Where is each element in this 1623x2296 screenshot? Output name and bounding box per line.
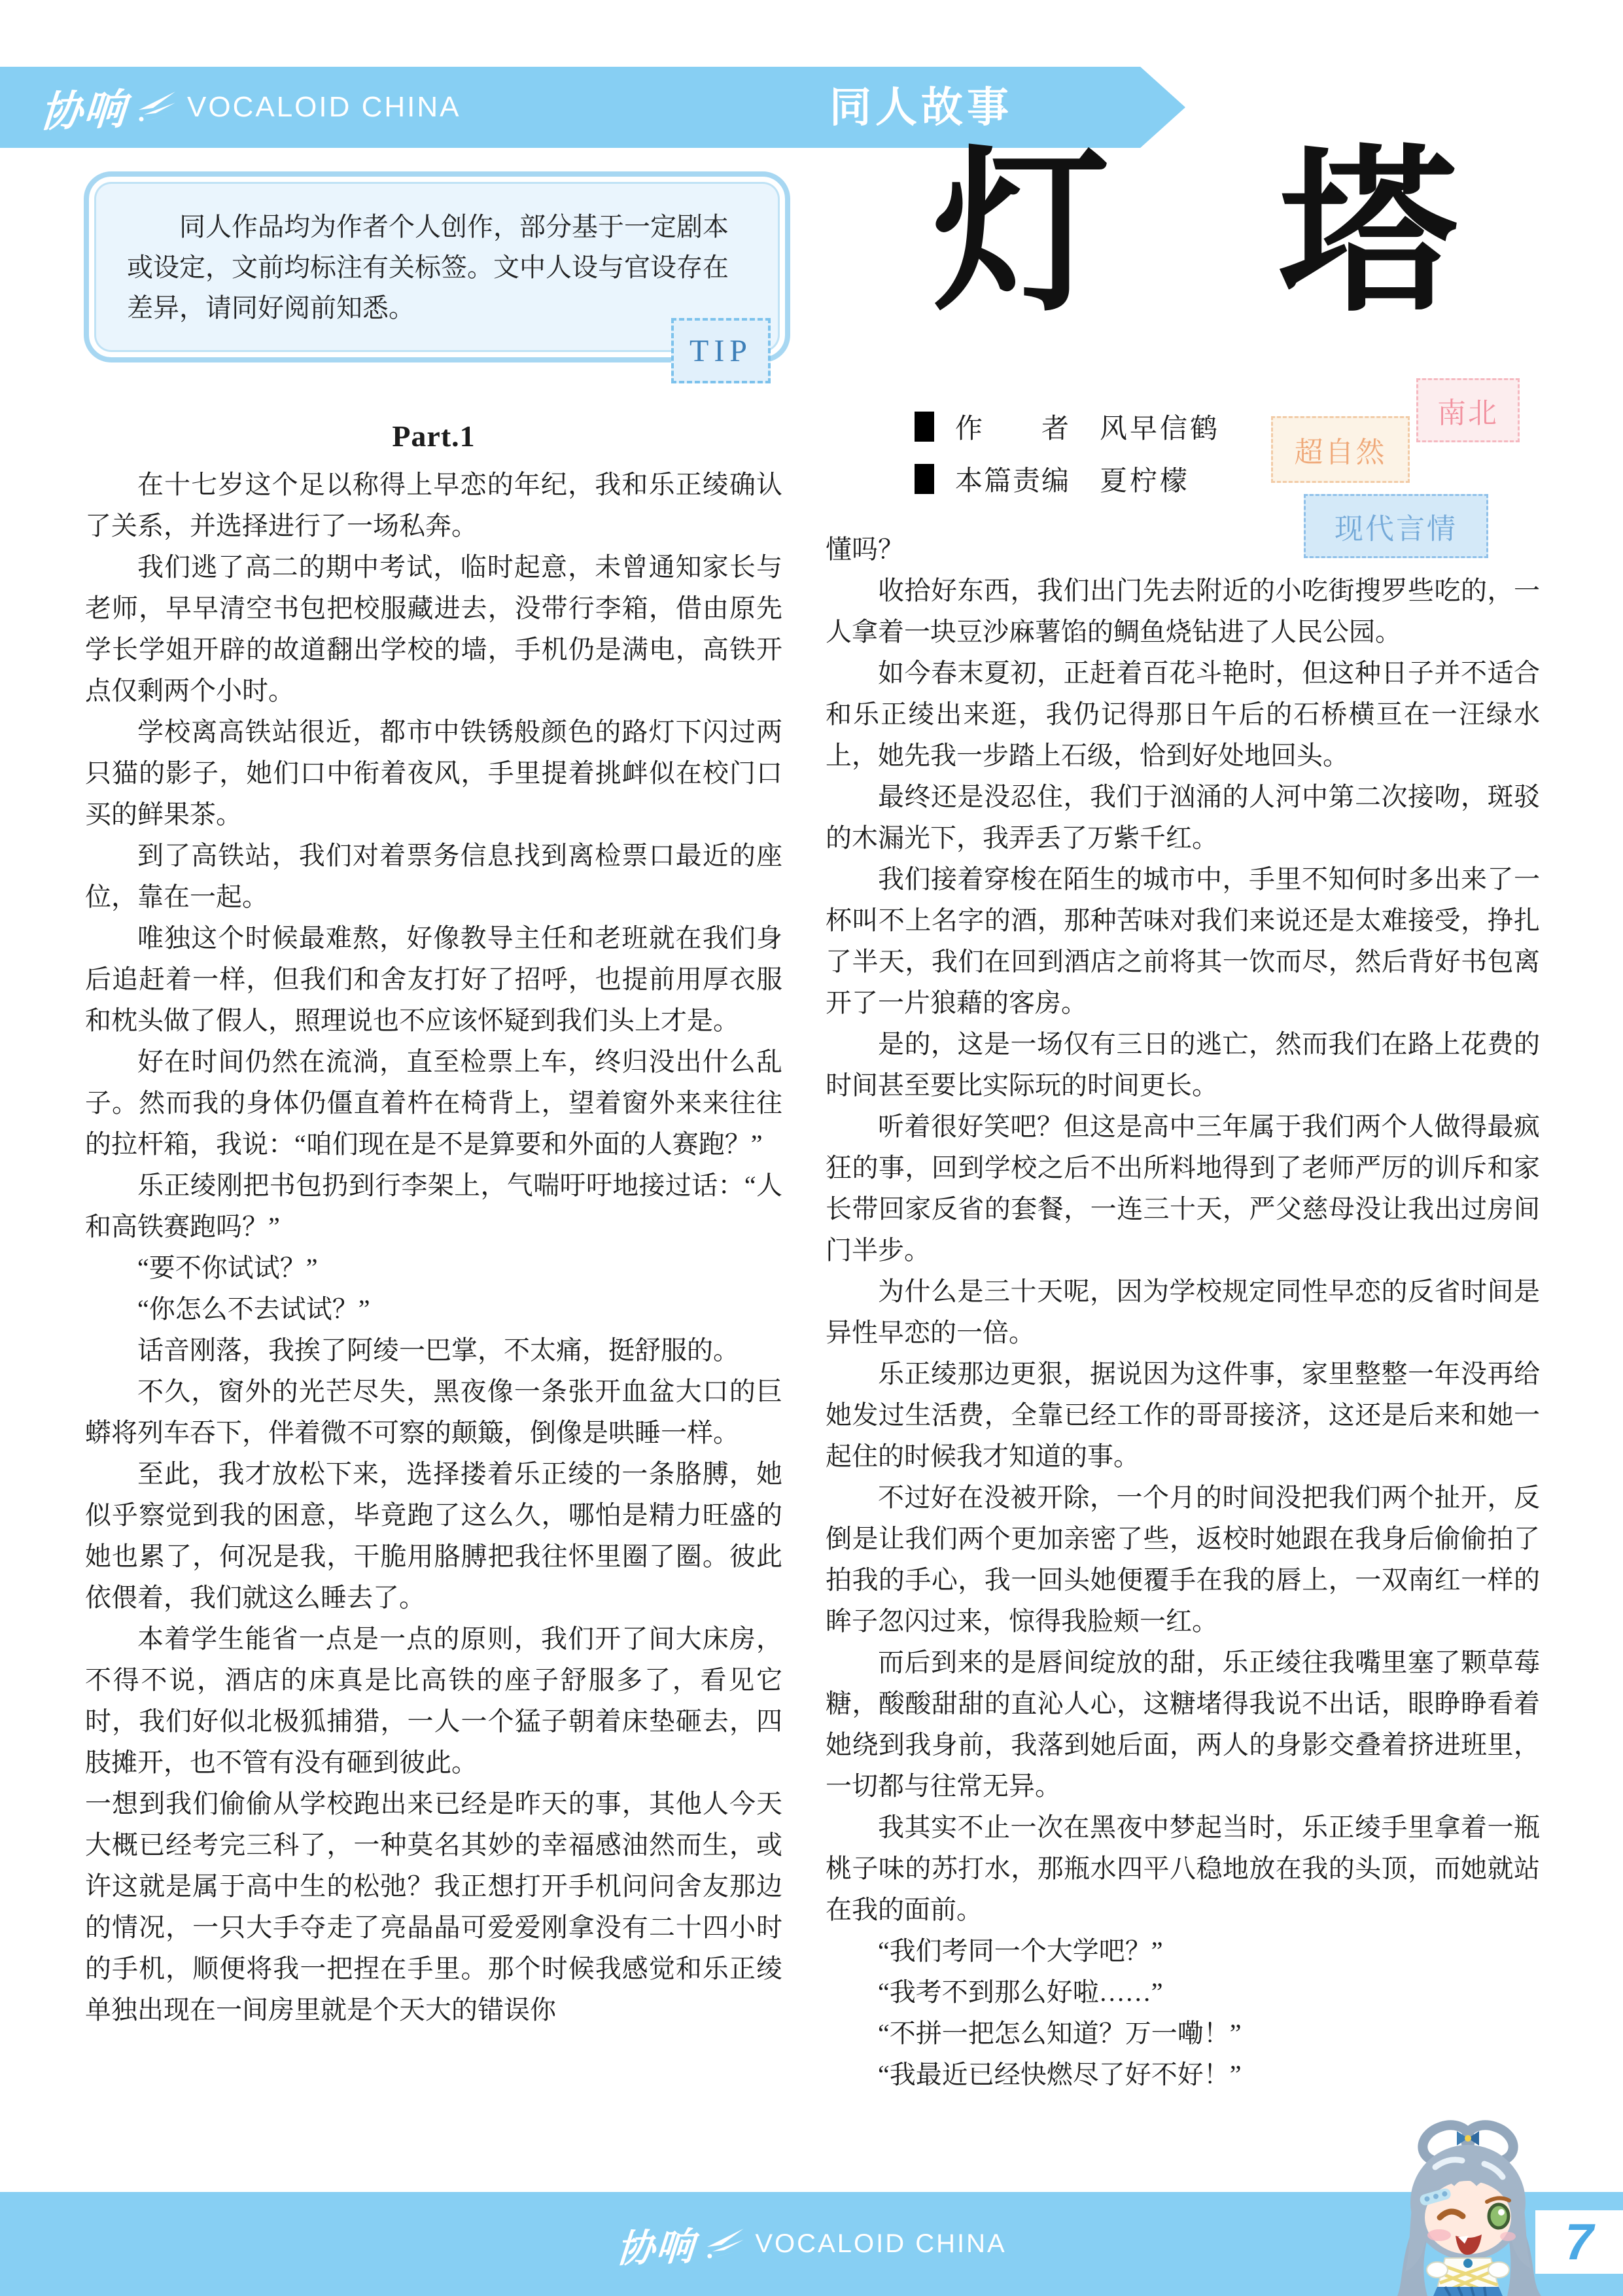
brand-logo-zh: 协响 bbox=[614, 2215, 697, 2272]
story-paragraph: “不拼一把怎么知道？万一嘞！” bbox=[826, 2013, 1540, 2054]
story-paragraph: “你怎么不去试试？” bbox=[85, 1288, 782, 1330]
story-paragraph: 在十七岁这个足以称得上早恋的年纪，我和乐正绫确认了关系，并选择进行了一场私奔。 bbox=[85, 464, 782, 546]
brand-logo-en: VOCALOID CHINA bbox=[755, 2229, 1006, 2259]
story-paragraph: 听着很好笑吧？但这是高中三年属于我们两个人做得最疯狂的事，回到学校之后不出所料地… bbox=[826, 1106, 1540, 1271]
story-paragraph: 乐正绫刚把书包扔到行李架上，气喘吁吁地接过话：“人和高铁赛跑吗？” bbox=[85, 1165, 782, 1247]
story-column-left: Part.1 在十七岁这个足以称得上早恋的年纪，我和乐正绫确认了关系，并选择进行… bbox=[85, 419, 782, 2030]
page-number: 7 bbox=[1565, 2212, 1593, 2272]
story-paragraph: 为什么是三十天呢，因为学校规定同性早恋的反省时间是异性早恋的一倍。 bbox=[826, 1271, 1540, 1353]
magazine-page: 协响 VOCALOID CHINA 同人故事 同人作品均为作者个人创作，部分基于… bbox=[0, 0, 1623, 2296]
story-paragraph: “我们考同一个大学吧？” bbox=[826, 1930, 1540, 1971]
part-heading: Part.1 bbox=[85, 419, 782, 453]
credit-role: 作 者 bbox=[955, 407, 1070, 446]
story-paragraph: 不过好在没被开除，一个月的时间没把我们两个扯开，反倒是让我们两个更加亲密了些，返… bbox=[826, 1477, 1540, 1642]
story-paragraph: “我最近已经快燃尽了好不好！” bbox=[826, 2054, 1540, 2095]
tag-badge: 超自然 bbox=[1271, 416, 1410, 483]
story-paragraph: 乐正绫那边更狠，据说因为这件事，家里整整一年没再给她发过生活费，全靠已经工作的哥… bbox=[826, 1353, 1540, 1477]
wing-icon bbox=[136, 90, 178, 124]
credit-role: 本篇责编 bbox=[955, 459, 1070, 499]
right-paragraphs: 懂吗？收拾好东西，我们出门先去附近的小吃街搜罗些吃的，一人拿着一块豆沙麻薯馅的鲷… bbox=[826, 529, 1540, 2095]
story-paragraph: 我们逃了高二的期中考试，临时起意，未曾通知家长与老师，早早清空书包把校服藏进去，… bbox=[85, 546, 782, 711]
credit-name: 夏柠檬 bbox=[1100, 459, 1190, 499]
tip-label: TIP bbox=[671, 318, 771, 383]
story-paragraph: 懂吗？ bbox=[826, 529, 1540, 570]
tip-box: 同人作品均为作者个人创作，部分基于一定剧本或设定，文前均标注有关标签。文中人设与… bbox=[84, 171, 790, 362]
story-paragraph: 本着学生能省一点是一点的原则，我们开了间大床房，不得不说，酒店的床真是比高铁的座… bbox=[85, 1618, 782, 1783]
story-paragraph: 好在时间仍然在流淌，直至检票上车，终归没出什么乱子。然而我的身体仍僵直着杵在椅背… bbox=[85, 1041, 782, 1165]
wing-icon bbox=[704, 2227, 746, 2261]
story-paragraph: 不久，窗外的光芒尽失，黑夜像一条张开血盆大口的巨蟒将列车吞下，伴着微不可察的颠簸… bbox=[85, 1371, 782, 1453]
credit-row: 作 者风早信鹤 bbox=[915, 407, 1220, 446]
story-paragraph: “要不你试试？” bbox=[85, 1247, 782, 1288]
story-paragraph: 到了高铁站，我们对着票务信息找到离检票口最近的座位，靠在一起。 bbox=[85, 835, 782, 917]
square-bullet-icon bbox=[915, 412, 934, 442]
brand-logo-en: VOCALOID CHINA bbox=[187, 91, 461, 124]
story-paragraph: 我其实不止一次在黑夜中梦起当时，乐正绫手里拿着一瓶桃子味的苏打水，那瓶水四平八稳… bbox=[826, 1807, 1540, 1930]
story-column-right: 懂吗？收拾好东西，我们出门先去附近的小吃街搜罗些吃的，一人拿着一块豆沙麻薯馅的鲷… bbox=[826, 529, 1540, 2095]
brand-logo: 协响 VOCALOID CHINA bbox=[41, 77, 461, 137]
story-paragraph: 学校离高铁站很近，都市中铁锈般颜色的路灯下闪过两只猫的影子，她们口中衔着夜风，手… bbox=[85, 711, 782, 835]
credits: 作 者风早信鹤本篇责编夏柠檬 bbox=[915, 407, 1220, 499]
credit-row: 本篇责编夏柠檬 bbox=[915, 459, 1220, 499]
story-paragraph: “我考不到那么好啦……” bbox=[826, 1971, 1540, 2013]
left-paragraphs: 在十七岁这个足以称得上早恋的年纪，我和乐正绫确认了关系，并选择进行了一场私奔。我… bbox=[85, 464, 782, 2030]
story-paragraph: 话音刚落，我挨了阿绫一巴掌，不太痛，挺舒服的。 bbox=[85, 1330, 782, 1371]
story-paragraph: 至此，我才放松下来，选择搂着乐正绫的一条胳膊，她似乎察觉到我的困意，毕竟跑了这么… bbox=[85, 1453, 782, 1618]
story-paragraph: 我们接着穿梭在陌生的城市中，手里不知何时多出来了一杯叫不上名字的酒，那种苦味对我… bbox=[826, 858, 1540, 1023]
mascot-chibi-character-icon bbox=[1379, 2117, 1557, 2296]
tip-text: 同人作品均为作者个人创作，部分基于一定剧本或设定，文前均标注有关标签。文中人设与… bbox=[89, 177, 785, 328]
story-paragraph: 一想到我们偷偷从学校跑出来已经是昨天的事，其他人今天大概已经考完三科了，一种莫名… bbox=[85, 1783, 782, 2030]
story-paragraph: 是的，这是一场仅有三日的逃亡，然而我们在路上花费的时间甚至要比实际玩的时间更长。 bbox=[826, 1023, 1540, 1106]
story-title: 灯 塔 bbox=[932, 136, 1519, 332]
credit-name: 风早信鹤 bbox=[1100, 407, 1220, 446]
square-bullet-icon bbox=[915, 464, 934, 494]
story-paragraph: 如今春末夏初，正赶着百花斗艳时，但这种日子并不适合和乐正绫出来逛，我仍记得那日午… bbox=[826, 652, 1540, 776]
story-paragraph: 唯独这个时候最难熬，好像教导主任和老班就在我们身后追赶着一样，但我们和舍友打好了… bbox=[85, 917, 782, 1041]
footer-brand-logo: 协响 VOCALOID CHINA bbox=[616, 2192, 1006, 2296]
tag-badge: 南北 bbox=[1416, 378, 1520, 442]
story-paragraph: 而后到来的是唇间绽放的甜，乐正绫往我嘴里塞了颗草莓糖，酸酸甜甜的直沁人心，这糖堵… bbox=[826, 1642, 1540, 1807]
story-paragraph: 最终还是没忍住，我们于汹涌的人河中第二次接吻，斑驳的木漏光下，我弄丢了万紫千红。 bbox=[826, 776, 1540, 858]
story-paragraph: 收拾好东西，我们出门先去附近的小吃街搜罗些吃的，一人拿着一块豆沙麻薯馅的鲷鱼烧钻… bbox=[826, 570, 1540, 652]
brand-logo-zh: 协响 bbox=[39, 76, 130, 139]
